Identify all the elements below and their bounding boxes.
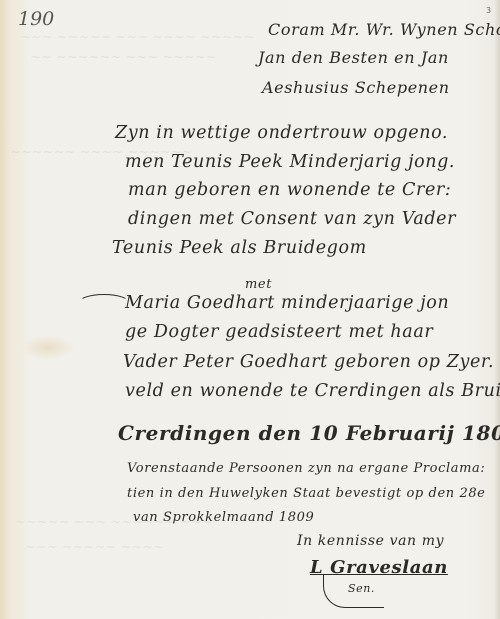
manuscript-page: ~~~ ~~~~~ ~~~ ~~~~ ~~~~~ ~~ ~~~~~~ ~~~ ~… (0, 0, 500, 619)
bleed-through-text: ~~~ ~~~~~ ~~~ ~~~~ ~~~~~ (20, 30, 254, 45)
paper-stain (20, 335, 75, 360)
folio-number: 190 (18, 8, 54, 30)
groom-line: dingen met Consent van zyn Vader (128, 209, 456, 229)
bride-line: veld en wonende te Crerdingen als Bruid (125, 381, 500, 401)
attestation-text: In kennisse van my (297, 533, 444, 549)
bride-line: Maria Goedhart minderjaarige jon (125, 293, 449, 313)
confirmation-line: Vorenstaande Persoonen zyn na ergane Pro… (127, 461, 485, 476)
groom-line: man geboren en wonende te Crer: (128, 180, 451, 200)
confirmation-line: van Sprokkelmaand 1809 (133, 510, 314, 525)
bleed-through-text: ~~~ ~~~~~ ~~~~ (25, 540, 164, 555)
bride-line: Vader Peter Goedhart geboren op Zyer. (123, 352, 494, 372)
capital-flourish (78, 294, 130, 312)
date-line: Crerdingen den 10 Februarij 1809 (118, 421, 500, 445)
groom-line: Teunis Peek als Bruidegom (112, 238, 367, 258)
header-line: Aeshusius Schepenen (262, 78, 450, 97)
corner-mark: 3 (486, 6, 491, 15)
header-line: Coram Mr. Wr. Wynen Schout (268, 20, 500, 39)
groom-line: men Teunis Peek Minderjarig jong. (125, 152, 455, 172)
signature-flourish (323, 575, 384, 608)
groom-line: Zyn in wettige ondertrouw opgeno. (115, 123, 448, 143)
conjunction-met: met (245, 277, 272, 292)
confirmation-line: tien in den Huwelyken Staat bevestigt op… (127, 486, 485, 501)
header-line: Jan den Besten en Jan (258, 48, 449, 67)
bleed-through-text: ~~ ~~~~~~ ~~~ ~~~~~ (30, 50, 217, 65)
bride-line: ge Dogter geadsisteert met haar (125, 322, 433, 342)
